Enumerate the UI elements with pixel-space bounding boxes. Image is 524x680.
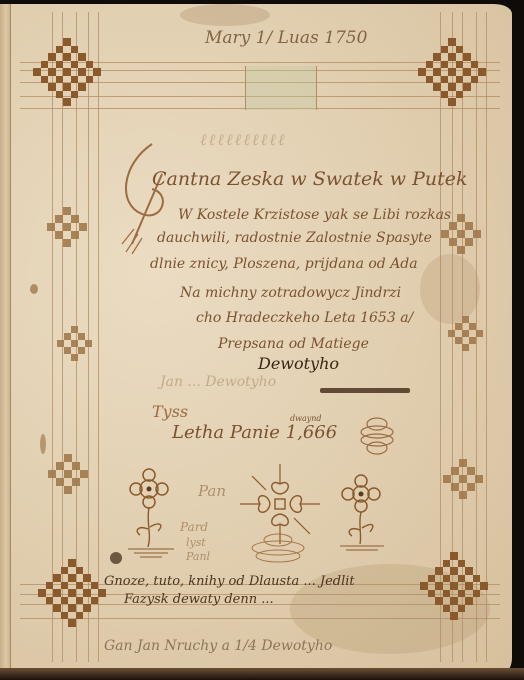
- ornament-cell: [456, 98, 464, 106]
- ornament-cell: [57, 333, 64, 340]
- ornament-cell: [456, 61, 464, 69]
- ornament-cell: [53, 619, 61, 627]
- ornament-cell: [483, 337, 490, 344]
- faint-flourish-line: ℓℓℓℓℓℓℓℓℓℓ: [200, 130, 287, 150]
- ornament-cell: [56, 478, 64, 486]
- ornament-cell: [86, 91, 94, 99]
- ornament-cell: [435, 575, 443, 583]
- ornament-cell: [467, 491, 475, 499]
- ornament-cell: [457, 222, 465, 230]
- knot-drawing-icon: [357, 416, 397, 456]
- title-line-7: Prepsana od Matiege: [218, 336, 369, 352]
- ornament-cell: [50, 326, 57, 333]
- ornament-cell: [435, 590, 443, 598]
- ornament-cell: [91, 612, 99, 620]
- ornament-cell: [46, 597, 54, 605]
- ornament-cell: [465, 552, 473, 560]
- ornament-cell: [459, 483, 467, 491]
- ornament-cell: [471, 83, 479, 91]
- ornament-cell: [467, 467, 475, 475]
- ornament-cell: [458, 567, 466, 575]
- ornament-cell: [469, 344, 476, 351]
- ornament-cell: [48, 454, 56, 462]
- ornament-cell: [46, 574, 54, 582]
- ornament-cell: [455, 344, 462, 351]
- ornament-cell: [443, 567, 451, 575]
- ornament-cell: [467, 459, 475, 467]
- ornament-cell: [450, 567, 458, 575]
- ornament-cell: [441, 344, 448, 351]
- ornament-cell: [85, 333, 92, 340]
- flower-drawing-left-icon: [124, 469, 184, 559]
- ornament-cell: [420, 560, 428, 568]
- date-prefix-flourish: Tyss: [152, 402, 188, 421]
- ornament-cell: [68, 559, 76, 567]
- ornament-cell: [61, 597, 69, 605]
- ornament-cell: [450, 605, 458, 613]
- ornament-cell: [480, 560, 488, 568]
- ornament-cell: [64, 478, 72, 486]
- ornament-cell: [92, 326, 99, 333]
- ornament-cell: [465, 230, 473, 238]
- ornament-cell: [92, 361, 99, 368]
- ornament-cell: [86, 68, 94, 76]
- ornament-cell: [476, 309, 483, 316]
- ornament-cell: [443, 552, 451, 560]
- ornament-cell: [63, 68, 71, 76]
- ornament-cell: [441, 330, 448, 337]
- ornament-cell: [450, 590, 458, 598]
- ornament-cell: [420, 582, 428, 590]
- ornament-cell: [48, 462, 56, 470]
- ornament-cell: [61, 559, 69, 567]
- ornament-cell: [64, 454, 72, 462]
- central-rosette-drawing-icon: [240, 464, 320, 544]
- stain: [180, 4, 270, 26]
- ornament-cell: [457, 246, 465, 254]
- ornament-cell: [64, 333, 71, 340]
- ornament-cell: [465, 222, 473, 230]
- ornament-cell: [47, 239, 55, 247]
- ornament-cell: [462, 344, 469, 351]
- ornament-cell: [455, 351, 462, 358]
- ornament-cell: [450, 582, 458, 590]
- ornament-cell: [71, 215, 79, 223]
- ornament-cell: [53, 567, 61, 575]
- ornament-cell: [55, 231, 63, 239]
- ornament-cell: [46, 619, 54, 627]
- bottom-line-1: Gnoze, tuto, knihy od Dlausta ... Jedlit: [104, 574, 355, 589]
- ornament-cell: [448, 38, 456, 46]
- ornament-cell: [451, 491, 459, 499]
- ornament-cell: [71, 38, 79, 46]
- ornament-cell: [98, 567, 106, 575]
- ornament-cell: [473, 230, 481, 238]
- ornament-cell: [483, 330, 490, 337]
- ornament-cell: [456, 76, 464, 84]
- ornament-cell: [451, 475, 459, 483]
- ornament-cell: [441, 91, 449, 99]
- ornament-cell: [426, 61, 434, 69]
- ornament-cell: [91, 574, 99, 582]
- ornament-cell: [456, 68, 464, 76]
- ornament-cell: [441, 316, 448, 323]
- ornament-cell: [85, 340, 92, 347]
- ornament-cell: [33, 53, 41, 61]
- ornament-cell: [41, 46, 49, 54]
- ornament-cell: [456, 83, 464, 91]
- ornament-cell: [57, 361, 64, 368]
- ornament-cell: [83, 589, 91, 597]
- ornament-cell: [433, 68, 441, 76]
- checkered-ornament-top-right: [418, 38, 486, 106]
- ornament-cell: [64, 319, 71, 326]
- ornament-cell: [61, 567, 69, 575]
- ornament-cell: [443, 582, 451, 590]
- ornament-cell: [71, 354, 78, 361]
- ornament-cell: [76, 604, 84, 612]
- ornament-cell: [61, 612, 69, 620]
- checkered-ornament-left-2: [50, 319, 99, 368]
- ornament-cell: [476, 351, 483, 358]
- ornament-cell: [86, 53, 94, 61]
- ornament-cell: [92, 354, 99, 361]
- ornament-cell: [473, 222, 481, 230]
- ornament-cell: [435, 605, 443, 613]
- ornament-cell: [448, 337, 455, 344]
- ornament-cell: [93, 76, 101, 84]
- ornament-cell: [458, 605, 466, 613]
- ornament-cell: [53, 589, 61, 597]
- ornament-cell: [443, 605, 451, 613]
- ornament-cell: [76, 559, 84, 567]
- ornament-cell: [441, 38, 449, 46]
- ornament-cell: [78, 98, 86, 106]
- ornament-cell: [463, 46, 471, 54]
- ornament-cell: [448, 323, 455, 330]
- ornament-cell: [469, 337, 476, 344]
- ornament-cell: [57, 319, 64, 326]
- ornament-cell: [426, 91, 434, 99]
- ornament-cell: [41, 61, 49, 69]
- ornament-cell: [473, 590, 481, 598]
- ornament-cell: [48, 61, 56, 69]
- ornament-cell: [441, 98, 449, 106]
- ornament-cell: [78, 46, 86, 54]
- ornament-cell: [457, 230, 465, 238]
- ornament-cell: [83, 612, 91, 620]
- ornament-cell: [93, 98, 101, 106]
- ornament-cell: [93, 91, 101, 99]
- ornament-cell: [433, 53, 441, 61]
- ornament-cell: [76, 582, 84, 590]
- ornament-cell: [93, 61, 101, 69]
- ornament-cell: [46, 582, 54, 590]
- ornament-cell: [476, 344, 483, 351]
- ornament-cell: [483, 344, 490, 351]
- ornament-cell: [33, 76, 41, 84]
- ornament-cell: [83, 604, 91, 612]
- ornament-cell: [78, 76, 86, 84]
- ornament-cell: [76, 589, 84, 597]
- ornament-cell: [459, 475, 467, 483]
- ornament-cell: [473, 605, 481, 613]
- ornament-cell: [420, 567, 428, 575]
- top-inscription: Mary 1/ Luas 1750: [205, 28, 367, 48]
- ornament-cell: [71, 239, 79, 247]
- ornament-cell: [91, 582, 99, 590]
- ornament-cell: [428, 552, 436, 560]
- ornament-cell: [55, 207, 63, 215]
- ornament-cell: [456, 38, 464, 46]
- ornament-cell: [91, 567, 99, 575]
- ornament-cell: [76, 567, 84, 575]
- stain: [110, 552, 122, 564]
- ornament-cell: [433, 38, 441, 46]
- ornament-cell: [86, 61, 94, 69]
- ornament-cell: [93, 83, 101, 91]
- ornament-cell: [78, 38, 86, 46]
- ornament-cell: [458, 560, 466, 568]
- ornament-cell: [448, 91, 456, 99]
- ornament-cell: [63, 61, 71, 69]
- ornament-cell: [463, 76, 471, 84]
- ornament-cell: [68, 612, 76, 620]
- ornament-cell: [441, 238, 449, 246]
- ornament-cell: [91, 619, 99, 627]
- ornament-cell: [450, 575, 458, 583]
- ornament-cell: [433, 46, 441, 54]
- ornament-cell: [56, 91, 64, 99]
- ornament-cell: [56, 486, 64, 494]
- ornament-cell: [473, 560, 481, 568]
- ornament-cell: [63, 83, 71, 91]
- ornament-cell: [76, 619, 84, 627]
- strike-through-mark: [320, 388, 410, 393]
- ornament-cell: [50, 354, 57, 361]
- ornament-cell: [448, 68, 456, 76]
- ornament-cell: [93, 46, 101, 54]
- ornament-cell: [80, 478, 88, 486]
- ornament-cell: [63, 207, 71, 215]
- ornament-cell: [68, 567, 76, 575]
- ornament-cell: [50, 340, 57, 347]
- ornament-cell: [33, 83, 41, 91]
- ornament-cell: [428, 590, 436, 598]
- ornament-cell: [420, 612, 428, 620]
- ornament-cell: [78, 347, 85, 354]
- ornament-cell: [418, 98, 426, 106]
- title-line-2: W Kostele Krzistose yak se Libi rozkas: [178, 207, 451, 223]
- ornament-cell: [71, 91, 79, 99]
- bottom-line-3: Gan Jan Nruchy a 1/4 Dewotyho: [104, 638, 332, 654]
- ornament-cell: [458, 575, 466, 583]
- ornament-cell: [48, 486, 56, 494]
- ornament-cell: [462, 330, 469, 337]
- ornament-cell: [63, 215, 71, 223]
- ornament-cell: [57, 340, 64, 347]
- ornament-cell: [48, 46, 56, 54]
- ornament-cell: [449, 230, 457, 238]
- ornament-cell: [435, 552, 443, 560]
- ornament-cell: [38, 582, 46, 590]
- checkered-ornament-left-1: [47, 207, 87, 247]
- ornament-cell: [41, 83, 49, 91]
- ornament-cell: [473, 612, 481, 620]
- ornament-cell: [71, 340, 78, 347]
- ornament-cell: [61, 604, 69, 612]
- ornament-cell: [47, 207, 55, 215]
- ornament-cell: [426, 46, 434, 54]
- ornament-cell: [78, 68, 86, 76]
- ornament-cell: [426, 98, 434, 106]
- ornament-cell: [418, 61, 426, 69]
- ornament-cell: [465, 238, 473, 246]
- ornament-cell: [68, 589, 76, 597]
- ornament-cell: [71, 319, 78, 326]
- ornament-cell: [478, 61, 486, 69]
- ornament-cell: [78, 326, 85, 333]
- ornament-cell: [441, 230, 449, 238]
- ornament-cell: [83, 574, 91, 582]
- ornament-cell: [467, 483, 475, 491]
- ornament-cell: [50, 361, 57, 368]
- ornament-cell: [418, 76, 426, 84]
- ornament-cell: [63, 91, 71, 99]
- ornament-cell: [71, 223, 79, 231]
- ornament-cell: [80, 486, 88, 494]
- crossed-out-line: Jan ... Dewotyho: [160, 374, 276, 390]
- ornament-cell: [435, 560, 443, 568]
- ornament-cell: [78, 319, 85, 326]
- ornament-cell: [50, 347, 57, 354]
- ornament-cell: [38, 589, 46, 597]
- ornament-cell: [473, 214, 481, 222]
- ornament-cell: [92, 340, 99, 347]
- ornament-cell: [46, 604, 54, 612]
- ornament-cell: [71, 61, 79, 69]
- ornament-cell: [64, 470, 72, 478]
- ornament-cell: [435, 567, 443, 575]
- ornament-cell: [483, 316, 490, 323]
- ornament-cell: [85, 347, 92, 354]
- ornament-cell: [443, 575, 451, 583]
- ornament-cell: [71, 53, 79, 61]
- ornament-cell: [83, 582, 91, 590]
- ornament-cell: [459, 459, 467, 467]
- ornament-cell: [85, 326, 92, 333]
- ornament-cell: [480, 582, 488, 590]
- ornament-cell: [78, 361, 85, 368]
- ornament-cell: [86, 46, 94, 54]
- ornament-cell: [480, 567, 488, 575]
- ornament-cell: [441, 76, 449, 84]
- bottom-line-2: Fazysk dewaty denn ...: [124, 592, 274, 607]
- ornament-cell: [48, 98, 56, 106]
- ornament-cell: [469, 309, 476, 316]
- ornament-cell: [92, 347, 99, 354]
- ornament-cell: [72, 470, 80, 478]
- ornament-cell: [433, 91, 441, 99]
- ornament-cell: [471, 68, 479, 76]
- ornament-cell: [56, 68, 64, 76]
- ornament-cell: [78, 61, 86, 69]
- ornament-cell: [463, 68, 471, 76]
- ornament-cell: [76, 597, 84, 605]
- ornament-cell: [443, 475, 451, 483]
- ornament-cell: [462, 323, 469, 330]
- checkered-ornament-right-3: [443, 459, 483, 499]
- ornament-cell: [98, 612, 106, 620]
- drawing-label-left-2: lyst: [186, 536, 206, 549]
- ornament-cell: [420, 597, 428, 605]
- ornament-cell: [471, 98, 479, 106]
- ornament-cell: [443, 459, 451, 467]
- ornament-cell: [473, 582, 481, 590]
- ornament-cell: [458, 590, 466, 598]
- ornament-cell: [469, 323, 476, 330]
- ornament-cell: [448, 351, 455, 358]
- ornament-cell: [53, 559, 61, 567]
- ornament-cell: [449, 238, 457, 246]
- ornament-cell: [57, 354, 64, 361]
- ornament-cell: [47, 215, 55, 223]
- ornament-cell: [471, 76, 479, 84]
- ornament-cell: [38, 619, 46, 627]
- ornament-cell: [61, 582, 69, 590]
- ornament-cell: [63, 53, 71, 61]
- ornament-cell: [50, 319, 57, 326]
- ornament-cell: [435, 582, 443, 590]
- date-superscript: dwaynd: [290, 414, 322, 423]
- ornament-cell: [480, 612, 488, 620]
- title-line-1: Cantna Zeska w Swatek w Putek: [152, 168, 467, 190]
- ornament-cell: [426, 53, 434, 61]
- ornament-cell: [33, 61, 41, 69]
- ornament-cell: [72, 486, 80, 494]
- ornament-cell: [64, 486, 72, 494]
- ornament-cell: [458, 582, 466, 590]
- ornament-cell: [56, 76, 64, 84]
- ornament-cell: [433, 76, 441, 84]
- ornament-cell: [63, 46, 71, 54]
- ornament-cell: [433, 61, 441, 69]
- ornament-cell: [418, 68, 426, 76]
- ornament-cell: [71, 83, 79, 91]
- ornament-cell: [463, 53, 471, 61]
- ornament-cell: [91, 559, 99, 567]
- ornament-cell: [426, 68, 434, 76]
- ornament-cell: [476, 337, 483, 344]
- ornament-cell: [463, 83, 471, 91]
- ornament-cell: [79, 223, 87, 231]
- ornament-cell: [465, 575, 473, 583]
- ornament-cell: [71, 333, 78, 340]
- ornament-cell: [76, 612, 84, 620]
- ornament-cell: [433, 83, 441, 91]
- title-line-3: dauchwili, radostnie Zalostnie Spasyte: [157, 230, 432, 246]
- ornament-cell: [420, 590, 428, 598]
- ornament-cell: [448, 76, 456, 84]
- title-line-5: Na michny zotradowycz Jindrzi: [180, 285, 401, 301]
- ornament-cell: [55, 239, 63, 247]
- ornament-cell: [473, 575, 481, 583]
- ornament-cell: [443, 483, 451, 491]
- ornament-cell: [441, 222, 449, 230]
- ornament-cell: [68, 574, 76, 582]
- ornament-cell: [478, 76, 486, 84]
- ornament-cell: [428, 575, 436, 583]
